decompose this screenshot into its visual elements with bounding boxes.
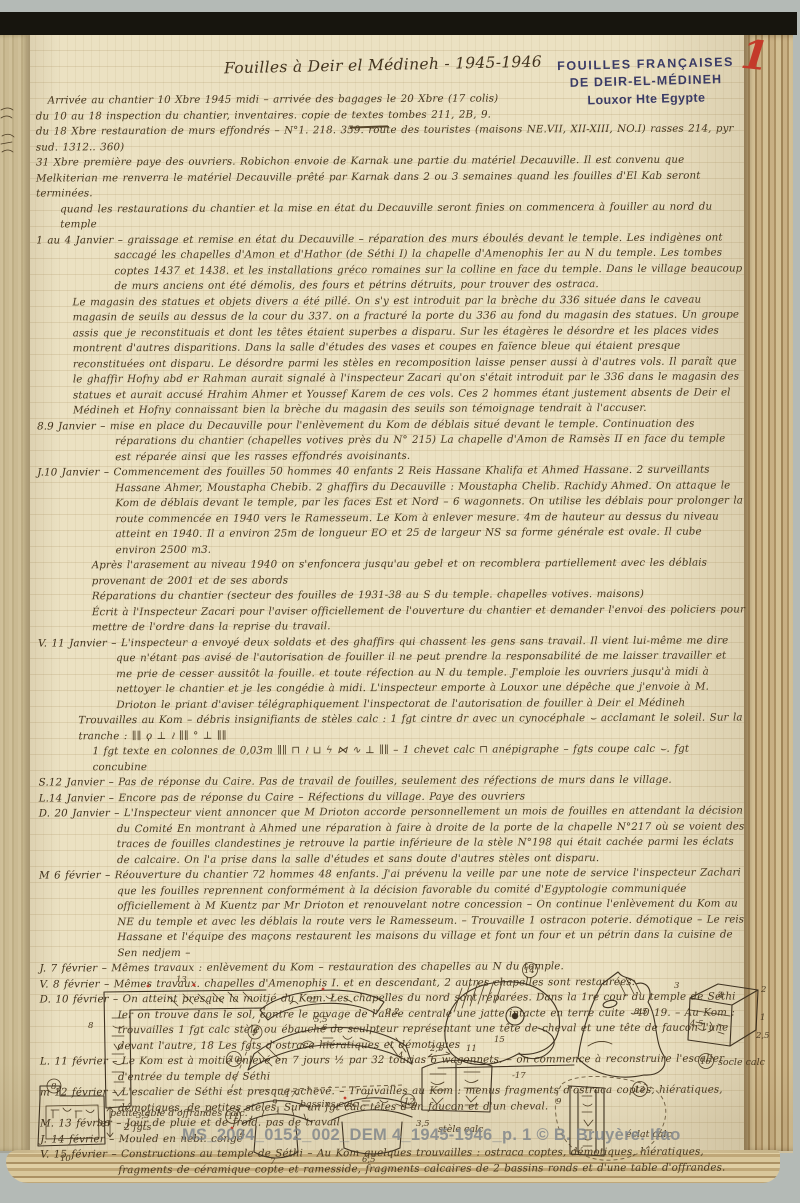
circled-number: 10 [229,1055,240,1065]
measurement: 15 [494,1035,505,1045]
entry-text: Le magasin des statues et objets divers … [73,293,740,416]
circled-number: 11 [228,1112,239,1122]
watermark: MS_2004_0152_002_DEM 4_1945-1946_p. 1 © … [182,1126,681,1145]
circled-number: 14 [524,966,535,976]
journal-entry: J.10 Janvier – Commencement des fouilles… [29,462,745,558]
circled-number: 9 [252,1028,258,1038]
journal-entry: Trouvailles au Kom – débris insignifiant… [30,710,746,744]
entry-date: D. 20 Janvier – [39,807,124,819]
measurement: 1 [760,1013,765,1023]
entry-date: J.10 Janvier – [37,466,113,478]
entry-date: 1 au 4 Janvier – [36,234,127,246]
entry-text: du 10 au 18 inspection du chantier, inve… [36,108,491,122]
journal-entry: V. 11 Janvier – L'inspecteur a envoyé de… [30,633,746,714]
measurement: 9 [412,1101,418,1111]
entry-text: mise en place du Decauville pour l'enlèv… [110,417,725,463]
journal-entry: Le magasin des statues et objets divers … [29,292,746,419]
entry-text: Pas de réponse du Caire. Pas de travail … [118,774,672,788]
book-top-shadow [0,12,797,35]
measurement: 11 [466,1044,477,1054]
measurement: 9 [272,1098,278,1108]
circled-number: 16 [700,1057,711,1067]
entry-text: Réparations du chantier (secteur des fou… [92,588,644,602]
entry-text: 31 Xbre première paye des ouvriers. Robi… [36,154,701,200]
journal-entry: Écrit à l'Inspecteur Zacari pour l'avise… [30,602,746,636]
measurement: 6,5 [362,1155,376,1165]
journal-entry: 8.9 Janvier – mise en place du Decauvill… [29,416,745,466]
entry-text: quand les restaurations du chantier et l… [60,200,712,230]
entry-text: graissage et remise en état du Decauvill… [114,231,742,292]
excavation-stamp: FOUILLES FRANÇAISES DE DEIR-EL-MÉDINEH L… [555,54,736,110]
entry-date: M 6 février – [39,869,115,881]
offering-table-sketch: 8 3,5 10 petite table d'offrandes calc. … [38,1079,248,1164]
entry-date: 8.9 Janvier – [37,420,110,432]
measurement: 10 [60,1154,71,1164]
journal-entry: M 6 février – Réouverture du chantier 72… [31,865,747,961]
measurement: 8.5 [634,1007,648,1017]
measurement: 2,2 [385,1007,400,1017]
sketch-label: 2 fgts [123,1122,151,1133]
sketch-label: bassins calc [300,1099,359,1110]
journal-entry: Après l'arasement au niveau 1940 on s'en… [30,555,746,589]
entry-text: 1 fgt texte en colonnes de 0,03m ∥∥ ⊓ ≀ … [92,743,689,773]
measurement: 2,5 [429,1044,444,1054]
sketch-label: socle calc [718,1057,766,1068]
entry-text: Écrit à l'Inspecteur Zacari pour l'avise… [92,603,745,633]
journal-entry: 31 Xbre première paye des ouvriers. Robi… [28,152,744,202]
entry-text: L'Inspecteur vient annoncer que M Drioto… [117,804,745,865]
entry-date: V. 11 Janvier – [38,637,121,649]
measurement: 3 [674,981,679,991]
notebook-scan: 1 FOUILLES FRANÇAISES DE DEIR-EL-MÉDINEH… [0,0,800,1203]
measurement: 2 [760,985,766,995]
measurement: 3,5 [97,1119,111,1129]
circled-number: 13 [634,1085,645,1095]
entry-text: Trouvailles au Kom – débris insignifiant… [78,711,742,741]
measurement: 4,5 [689,1019,704,1029]
margin-marks [0,102,16,172]
entry-text: Encore pas de réponse du Caire – Réfecti… [118,790,525,804]
journal-entry: quand les restaurations du chantier et l… [28,199,744,233]
measurement: -17 [512,1071,526,1081]
animal-head-sketch: 8.5 [578,972,665,1077]
entry-text: Arrivée au chantier 10 Xbre 1945 midi – … [48,93,499,107]
measurement: 4 [717,991,723,1001]
falcon-head-sketch: 14 -17 15 [438,963,574,1082]
frame-fragment-sketch: 8 13 3,5 [88,975,268,1121]
measurement: 9 [556,1097,562,1107]
measurement: 8 [88,1021,94,1031]
journal-entry: 1 fgt texte en colonnes de 0,03m ∥∥ ⊓ ≀ … [30,741,746,775]
measurement: 7 [270,1157,276,1167]
measurement: 2,5 [755,1031,770,1041]
entry-date: S.12 Janvier – [39,776,119,788]
circled-number: 8 [51,1082,57,1092]
entry-date: L.14 Janvier – [39,792,119,804]
measurement: 3,5 [136,1111,150,1121]
journal-entry: 1 au 4 Janvier – graissage et remise en … [28,230,744,295]
measurement: -17- [282,1090,299,1100]
entry-text: Après l'arasement au niveau 1940 on s'en… [92,557,707,587]
journal-entry: D. 20 Janvier – L'Inspecteur vient annon… [31,803,747,868]
measurement: 7 [364,1092,370,1102]
entry-text: Commencement des fouilles 50 hommes 40 e… [113,464,743,556]
eclat-sketch: 13 9 éclat calc [555,1076,672,1160]
measurement: 13 [176,975,187,985]
journal-entry: S.12 Janvier – Pas de réponse du Caire. … [31,772,747,791]
entry-text: Réouverture du chantier 72 hommes 48 enf… [115,866,744,958]
page-number: 1 [739,31,772,81]
entry-text: L'inspecteur a envoyé deux soldats et de… [116,634,728,711]
measurement: 6 [322,1023,328,1033]
measurement: 4 [397,1051,403,1061]
socle-sketch: 3 4 2 4,5 1 2,5 16 socle calc [674,981,770,1069]
